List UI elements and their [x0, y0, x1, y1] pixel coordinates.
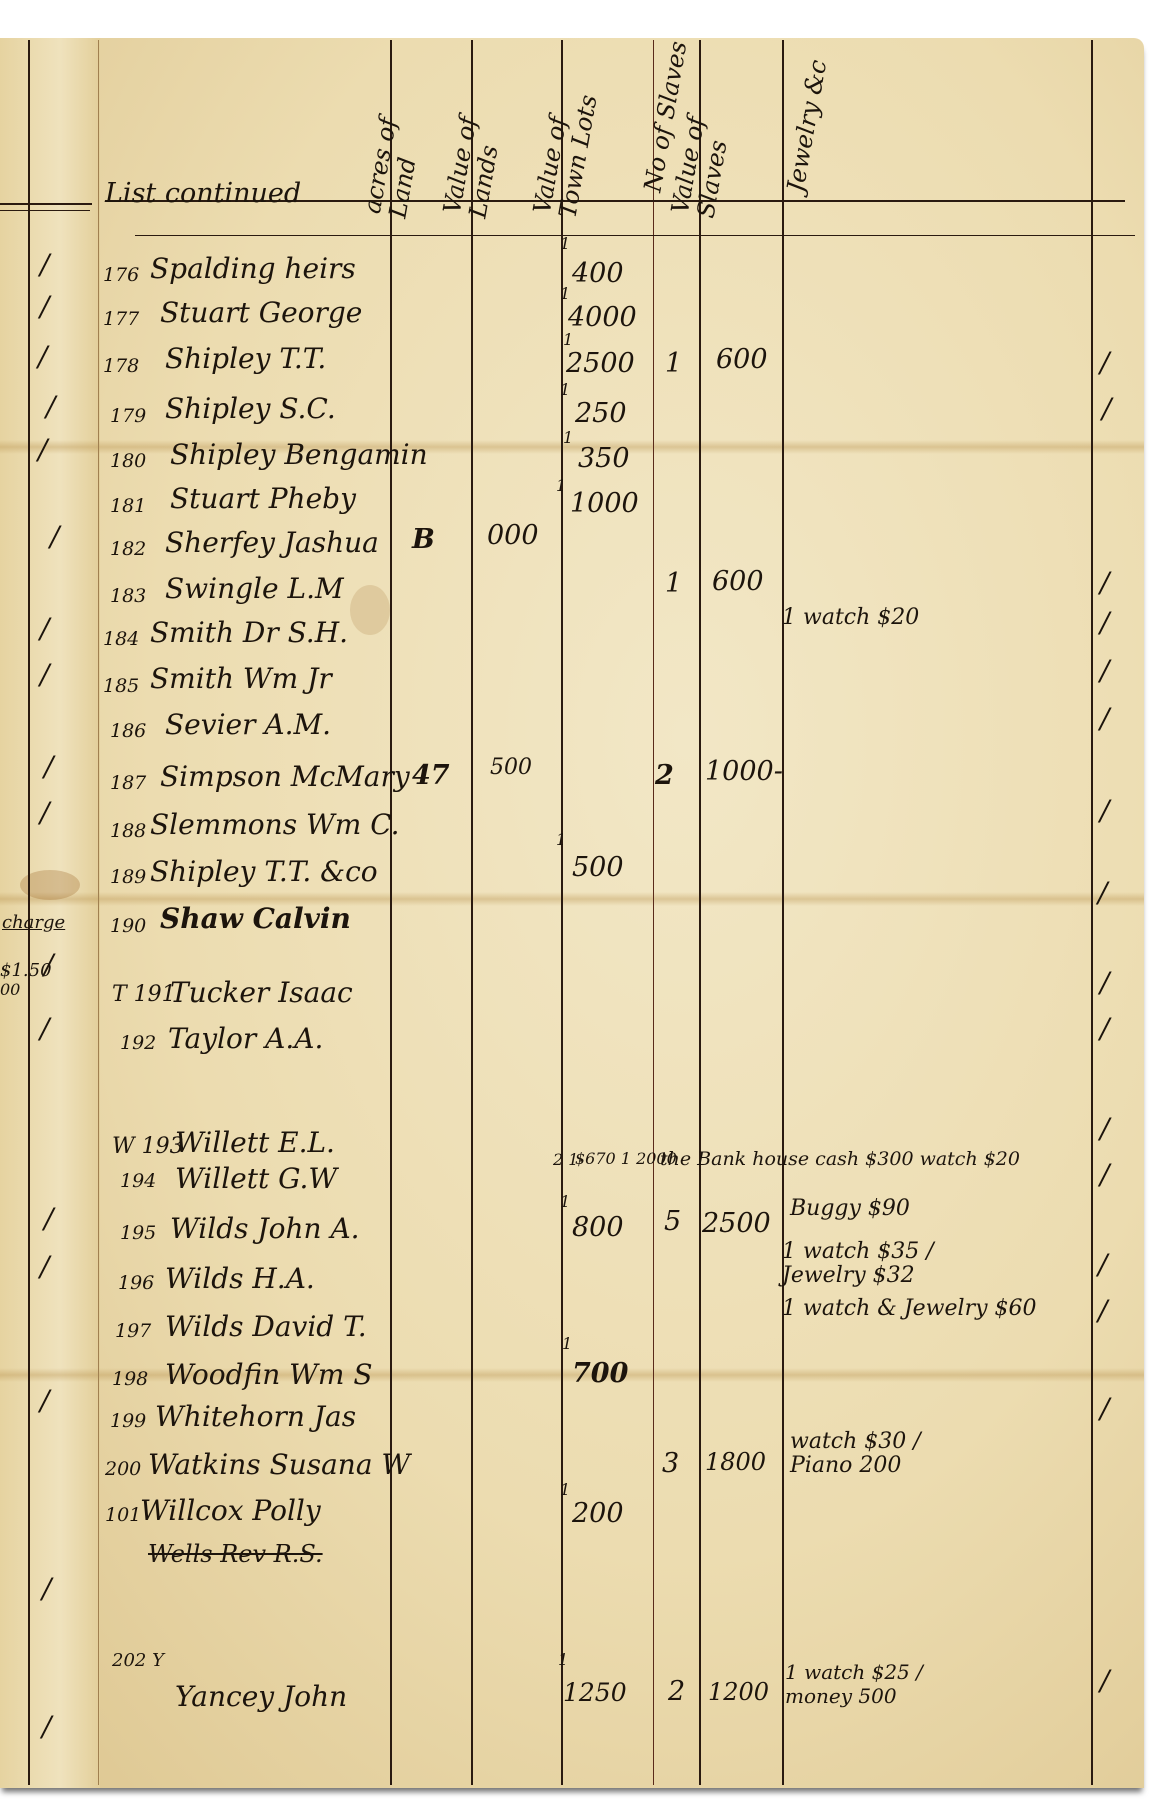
left-check-mark: /: [44, 750, 53, 783]
left-check-mark: /: [40, 1250, 49, 1283]
page-title: List continued: [105, 178, 301, 209]
value-of-lands: 000: [487, 520, 539, 551]
value-town-lots: 1000: [570, 488, 639, 519]
taxpayer-name-struck: Wells Rev R.S.: [148, 1540, 323, 1568]
row-number: 181: [110, 495, 146, 517]
column-rule: [390, 40, 392, 1785]
no-slaves: 1: [665, 348, 682, 379]
row-number: 188: [110, 820, 146, 842]
taxpayer-name: Woodfin Wm S: [165, 1358, 373, 1391]
no-slaves: 5: [664, 1206, 681, 1237]
left-check-mark: /: [38, 433, 47, 466]
value-town-lots: 500: [572, 852, 624, 883]
row-number: 192: [120, 1032, 156, 1054]
left-check-mark: /: [40, 658, 49, 691]
left-check-mark: /: [40, 248, 49, 281]
taxpayer-name: Taylor A.A.: [168, 1022, 323, 1055]
right-check-mark: /: [1100, 966, 1109, 999]
taxpayer-name: Sherfey Jashua: [165, 526, 379, 559]
value-slaves: 600: [716, 344, 768, 375]
right-check-mark: /: [1100, 1012, 1109, 1045]
row-number: 183: [110, 585, 146, 607]
row-number: 199: [110, 1410, 146, 1432]
row-number: 177: [103, 308, 139, 330]
jewelry-value: 1 watch $20: [782, 605, 919, 630]
left-check-mark: /: [50, 520, 59, 553]
jewelry-value: watch $30 / Piano 200: [790, 1430, 970, 1478]
lot-count: 1: [560, 1480, 570, 1499]
column-rule: [782, 40, 784, 1785]
right-check-mark: /: [1100, 346, 1109, 379]
column-rule: [653, 40, 654, 1785]
taxpayer-name: Wilds David T.: [165, 1310, 367, 1343]
acres-of-land: 47: [412, 760, 450, 791]
right-check-mark: /: [1100, 702, 1109, 735]
lot-count: 1: [560, 1192, 570, 1211]
lot-count: 1: [560, 284, 570, 303]
column-rule: [1091, 40, 1093, 1785]
right-check-mark: /: [1100, 566, 1109, 599]
value-slaves: 1800: [705, 1448, 766, 1476]
header-rule: [0, 203, 92, 205]
row-number: 194: [120, 1170, 156, 1192]
row-number: T 191: [112, 982, 176, 1007]
right-check-mark: /: [1098, 876, 1107, 909]
row-number: 202 Y: [112, 1650, 164, 1671]
right-check-mark: /: [1100, 794, 1109, 827]
taxpayer-name: Wilds John A.: [170, 1212, 360, 1245]
value-town-lots: 350: [578, 443, 630, 474]
taxpayer-name: Yancey John: [175, 1680, 347, 1713]
lot-count: 1: [563, 428, 573, 447]
row-number: 186: [110, 720, 146, 742]
row-number: 198: [112, 1368, 148, 1390]
right-check-mark: /: [1102, 392, 1111, 425]
acres-of-land: B: [412, 524, 435, 555]
row-number: 180: [110, 450, 146, 472]
value-town-lots: 1250: [563, 1678, 627, 1707]
right-check-mark: /: [1098, 1294, 1107, 1327]
value-town-lots: 200: [572, 1498, 624, 1529]
jewelry-value: the Bank house cash $300 watch $20: [660, 1148, 1020, 1170]
left-check-mark: /: [40, 796, 49, 829]
header-rule: [135, 235, 1135, 236]
value-town-lots: 2500: [566, 348, 635, 379]
left-check-mark: /: [46, 390, 55, 423]
no-slaves: 2: [668, 1676, 685, 1707]
lot-count: 1: [560, 234, 570, 253]
right-check-mark: /: [1100, 1664, 1109, 1697]
left-check-mark: /: [42, 1572, 51, 1605]
taxpayer-name: Tucker Isaac: [170, 976, 353, 1009]
row-number: 200: [105, 1458, 141, 1480]
lot-count: 1: [556, 830, 566, 849]
right-check-mark: /: [1100, 1112, 1109, 1145]
taxpayer-name: Slemmons Wm C.: [150, 808, 400, 841]
value-of-lands: 500: [490, 755, 532, 780]
left-check-mark: /: [40, 1384, 49, 1417]
taxpayer-name: Willett E.L.: [175, 1126, 335, 1159]
taxpayer-name: Stuart Pheby: [170, 482, 356, 515]
lot-count: 1: [563, 330, 573, 349]
row-number: 179: [110, 405, 146, 427]
left-check-mark: /: [40, 290, 49, 323]
lot-count: 1: [558, 1650, 568, 1669]
taxpayer-name: Smith Dr S.H.: [150, 616, 348, 649]
row-number: 197: [115, 1320, 151, 1342]
value-town-lots: 4000: [568, 302, 637, 333]
taxpayer-name: Wilds H.A.: [165, 1262, 315, 1295]
left-check-mark: /: [40, 1012, 49, 1045]
row-number: 182: [110, 538, 146, 560]
taxpayer-name: Shaw Calvin: [160, 902, 351, 935]
lot-count: 1: [556, 476, 566, 495]
row-number: 190: [110, 915, 146, 937]
value-town-lots: 250: [575, 398, 627, 429]
row-number: 101: [105, 1504, 141, 1526]
taxpayer-name: Smith Wm Jr: [150, 662, 332, 695]
right-check-mark: /: [1100, 1158, 1109, 1191]
taxpayer-name: Willett G.W: [175, 1162, 337, 1195]
row-number: 195: [120, 1222, 156, 1244]
row-number: 176: [103, 264, 139, 286]
no-slaves: 2: [655, 760, 674, 791]
jewelry-value: 1 watch $35 / Jewelry $32: [782, 1240, 982, 1288]
taxpayer-name: Shipley Bengamin: [170, 438, 428, 471]
taxpayer-name: Watkins Susana W: [148, 1448, 410, 1481]
header-rule: [0, 210, 90, 211]
left-check-mark: /: [44, 1202, 53, 1235]
right-check-mark: /: [1098, 1248, 1107, 1281]
value-slaves: 1200: [708, 1678, 769, 1706]
stain: [350, 585, 390, 635]
taxpayer-name: Shipley S.C.: [165, 392, 336, 425]
row-number: 185: [103, 675, 139, 697]
no-slaves: 1: [665, 568, 682, 599]
margin-note-charge: charge: [2, 912, 65, 933]
right-check-mark: /: [1100, 606, 1109, 639]
taxpayer-name: Spalding heirs: [150, 252, 356, 285]
right-check-mark: /: [1100, 654, 1109, 687]
value-town-lots: 700: [572, 1358, 628, 1389]
taxpayer-name: Shipley T.T. &co: [150, 855, 378, 888]
taxpayer-name: Stuart George: [160, 296, 362, 329]
right-check-mark: /: [1100, 1392, 1109, 1425]
jewelry-value: 1 watch $25 / money 500: [785, 1660, 965, 1708]
value-town-lots: 800: [572, 1212, 624, 1243]
row-number: 196: [118, 1272, 154, 1294]
left-check-mark: /: [44, 948, 53, 981]
taxpayer-name: Sevier A.M.: [165, 708, 331, 741]
taxpayer-name: Simpson McMary: [160, 760, 410, 793]
taxpayer-name: Whitehorn Jas: [155, 1400, 356, 1433]
left-check-mark: /: [40, 612, 49, 645]
row-number: 187: [110, 772, 146, 794]
left-check-mark: /: [42, 1710, 51, 1743]
row-number: 184: [103, 628, 139, 650]
column-rule: [699, 40, 701, 1785]
row-number: W 193: [112, 1134, 184, 1159]
row-number: 178: [103, 355, 139, 377]
margin-note-amount-2: 00: [0, 980, 20, 999]
value-slaves: 1000-: [705, 756, 783, 787]
row-number: 189: [110, 866, 146, 888]
value-slaves: 600: [712, 566, 764, 597]
value-slaves: 2500: [702, 1208, 771, 1239]
jewelry-value: Buggy $90: [790, 1196, 910, 1221]
taxpayer-name: Willcox Polly: [140, 1494, 321, 1527]
column-rule: [98, 40, 99, 1785]
lot-count: 1: [560, 380, 570, 399]
no-slaves: 3: [662, 1448, 679, 1479]
left-check-mark: /: [38, 340, 47, 373]
column-rule: [471, 40, 473, 1785]
taxpayer-name: Swingle L.M: [165, 572, 344, 605]
jewelry-value: 1 watch & Jewelry $60: [782, 1296, 1037, 1321]
lot-count: 1: [562, 1334, 572, 1353]
value-town-lots: 400: [572, 258, 624, 289]
taxpayer-name: Shipley T.T.: [165, 342, 326, 375]
